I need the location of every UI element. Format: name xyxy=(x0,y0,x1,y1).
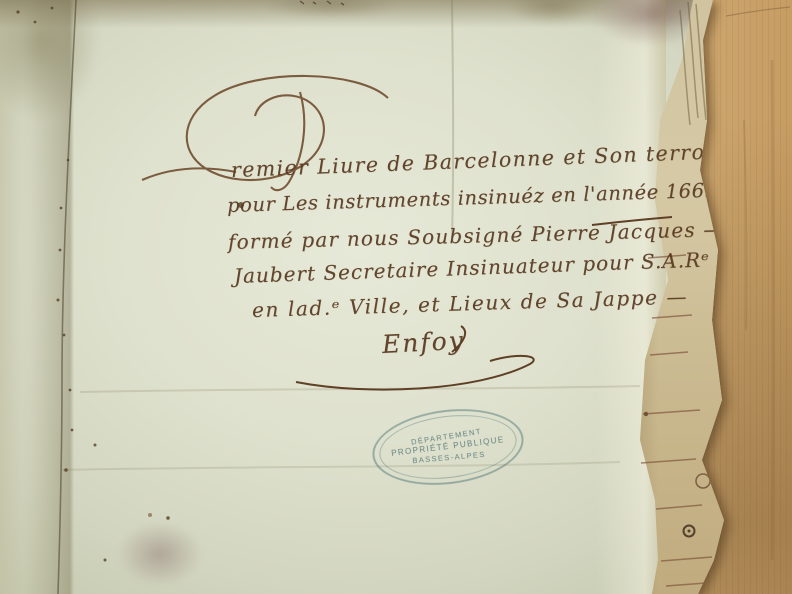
photo-of-manuscript: remier Liure de Barcelonne et Son terroi… xyxy=(0,0,792,594)
fore-edge-striations xyxy=(680,2,706,125)
manuscript-page: remier Liure de Barcelonne et Son terroi… xyxy=(0,0,792,594)
lead-in-swash xyxy=(142,168,236,180)
gutter-crease xyxy=(58,0,76,594)
fore-edge-ring-mark xyxy=(696,474,710,488)
cropped-ink-marks xyxy=(300,1,344,5)
manuscript-closing-word: Enfoy xyxy=(381,326,465,359)
manuscript-book: remier Liure de Barcelonne et Son terroi… xyxy=(0,0,792,594)
